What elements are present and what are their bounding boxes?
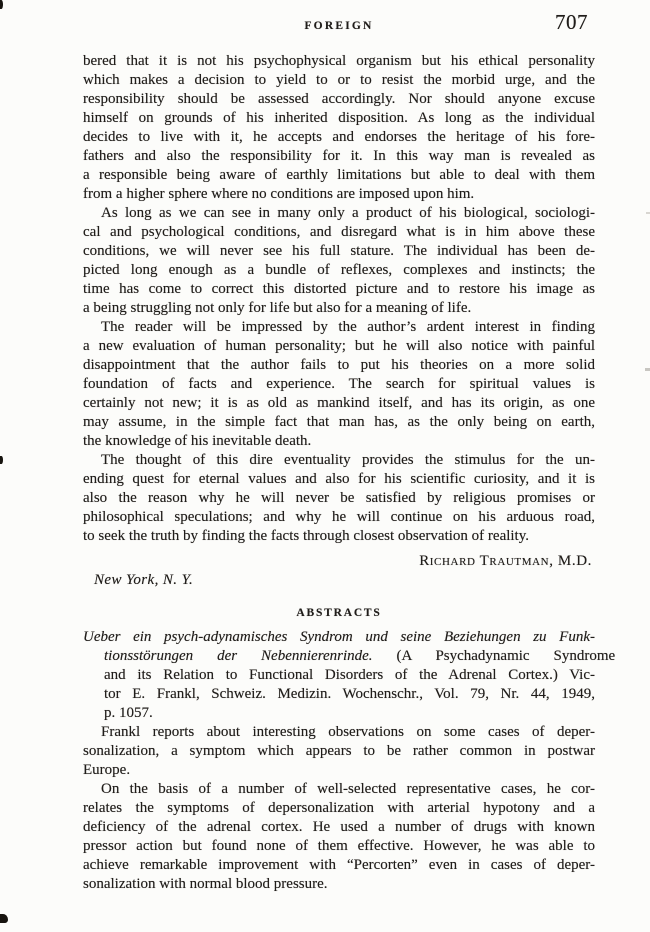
text-line: responsibility should be assessed accord… [83, 90, 595, 109]
ink-speck [0, 0, 3, 9]
text-line: a responsible being aware of earthly lim… [83, 166, 595, 185]
text-line: may assume, in the simple fact that man … [83, 413, 595, 432]
text-line: also the reason why he will never be sat… [83, 489, 595, 508]
text-line: foundation of facts and experience. The … [83, 375, 595, 394]
text-line: achieve remarkable improvement with “Per… [83, 856, 595, 875]
text-column: bered that it is not his psychophysical … [83, 52, 595, 894]
text-line: certainly not new; it is as old as manki… [83, 394, 595, 413]
citation-german-title-part1: Ueber ein psych-adynamisches Syndrom und… [83, 629, 595, 645]
text-line: sonalization, a symptom which appears to… [83, 742, 595, 761]
review-paragraph-3: The reader will be impressed by the auth… [83, 318, 595, 451]
citation-line: and its Relation to Functional Disorders… [83, 666, 595, 685]
page-number: 707 [555, 12, 588, 33]
reviewer-location: New York, N. Y. [83, 571, 595, 590]
text-line: On the basis of a number of well-selecte… [83, 780, 595, 799]
text-line: decides to live with it, he accepts and … [83, 128, 595, 147]
text-line: himself on grounds of his inherited disp… [83, 109, 595, 128]
text-line: bered that it is not his psychophysical … [83, 52, 595, 71]
text-line: As long as we can see in many only a pro… [83, 204, 595, 223]
citation-line: p. 1057. [83, 704, 595, 723]
text-line: to seek the truth by finding the facts t… [83, 527, 595, 546]
text-line: The reader will be impressed by the auth… [83, 318, 595, 337]
ink-speck [0, 914, 8, 923]
text-line: cal and psychological conditions, and di… [83, 223, 595, 242]
running-head: FOREIGN [83, 21, 595, 33]
text-line: disappointment that the author fails to … [83, 356, 595, 375]
scan-artifact [646, 212, 650, 214]
text-line: The thought of this dire eventuality pro… [83, 451, 595, 470]
text-line: philosophical speculations; and why he w… [83, 508, 595, 527]
text-line: Europe. [83, 761, 595, 780]
citation-line: tionsstörungen der Nebennierenrinde. (A … [83, 647, 595, 666]
abstract-citation: Ueber ein psych-adynamisches Syndrom und… [83, 628, 595, 723]
ink-speck [0, 456, 3, 464]
citation-translated-title-part1: (A Psychadynamic Syndrome [397, 648, 616, 664]
text-line: a being struggling not only for life but… [83, 299, 595, 318]
text-line: the knowledge of his inevitable death. [83, 432, 595, 451]
abstract-paragraph-2: On the basis of a number of well-selecte… [83, 780, 595, 894]
text-line: a new evaluation of human personality; b… [83, 337, 595, 356]
citation-german-title-part2: tionsstörungen der Nebennierenrinde. [104, 648, 373, 664]
abstract-paragraph-1: Frankl reports about interesting observa… [83, 723, 595, 780]
scan-artifact [645, 368, 650, 371]
text-line: from a higher sphere where no conditions… [83, 185, 595, 204]
journal-page: FOREIGN 707 bered that it is not his psy… [0, 0, 650, 932]
citation-line: tor E. Frankl, Schweiz. Medizin. Wochens… [83, 685, 595, 704]
review-paragraph-4: The thought of this dire eventuality pro… [83, 451, 595, 546]
text-line: deficiency of the adrenal cortex. He use… [83, 818, 595, 837]
text-line: fathers and also the responsibility for … [83, 147, 595, 166]
text-line: conditions, we will never see his full s… [83, 242, 595, 261]
review-paragraph-1: bered that it is not his psychophysical … [83, 52, 595, 204]
citation-line: Ueber ein psych-adynamisches Syndrom und… [83, 628, 595, 647]
text-line: sonalization with normal blood pressure. [83, 875, 595, 894]
review-paragraph-2: As long as we can see in many only a pro… [83, 204, 595, 318]
text-line: ending quest for eternal values and also… [83, 470, 595, 489]
abstracts-heading: ABSTRACTS [83, 604, 595, 623]
text-line: relates the symptoms of depersonalizatio… [83, 799, 595, 818]
text-line: time has come to correct this distorted … [83, 280, 595, 299]
text-line: Frankl reports about interesting observa… [83, 723, 595, 742]
text-line: which makes a decision to yield to or to… [83, 71, 595, 90]
text-line: pressor action but found none of them ef… [83, 837, 595, 856]
text-line: picted long enough as a bundle of reflex… [83, 261, 595, 280]
reviewer-signature: Richard Trautman, M.D. [83, 552, 595, 571]
